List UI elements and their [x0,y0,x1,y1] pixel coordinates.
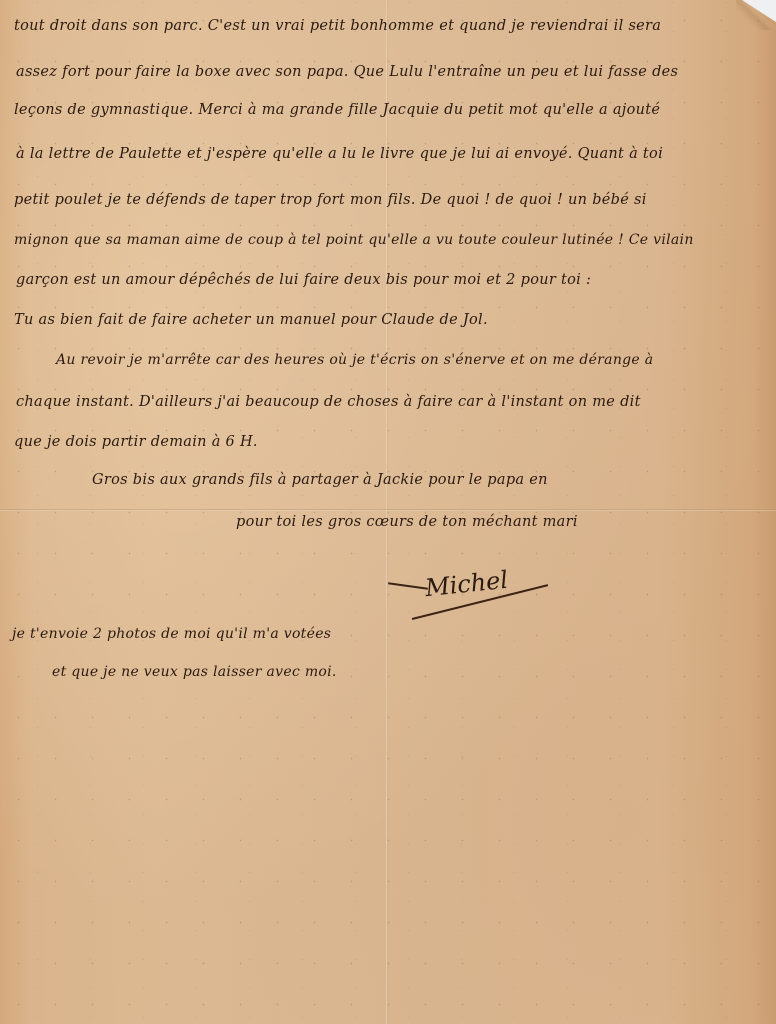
letter-line-3: leçons de gymnastique. Merci à ma grande… [14,102,660,118]
letter-line-5: petit poulet je te défends de taper trop… [14,192,647,208]
corner-curl-shadow [736,0,776,30]
horizontal-fold-crease [0,509,776,511]
letter-line-9: Au revoir je m'arrête car des heures où … [56,352,653,368]
signature-flourish [388,582,428,589]
letter-line-4: à la lettre de Paulette et j'espère qu'e… [16,146,663,162]
letter-line-7: garçon est un amour dépêchés de lui fair… [16,272,591,288]
letter-line-1: tout droit dans son parc. C'est un vrai … [14,18,661,34]
postscript-line-2: et que je ne veux pas laisser avec moi. [52,664,337,680]
letter-line-13: pour toi les gros cœurs de ton méchant m… [236,514,578,530]
letter-page: tout droit dans son parc. C'est un vrai … [0,0,776,1024]
letter-line-11: que je dois partir demain à 6 H. [14,434,258,450]
letter-line-12: Gros bis aux grands fils à partager à Ja… [92,472,548,488]
letter-line-8: Tu as bien fait de faire acheter un manu… [14,312,488,328]
letter-line-2: assez fort pour faire la boxe avec son p… [16,64,678,80]
letter-line-6: mignon que sa maman aime de coup à tel p… [14,232,694,248]
letter-line-10: chaque instant. D'ailleurs j'ai beaucoup… [16,394,641,410]
postscript-line-1: je t'envoie 2 photos de moi qu'il m'a vo… [12,626,331,642]
